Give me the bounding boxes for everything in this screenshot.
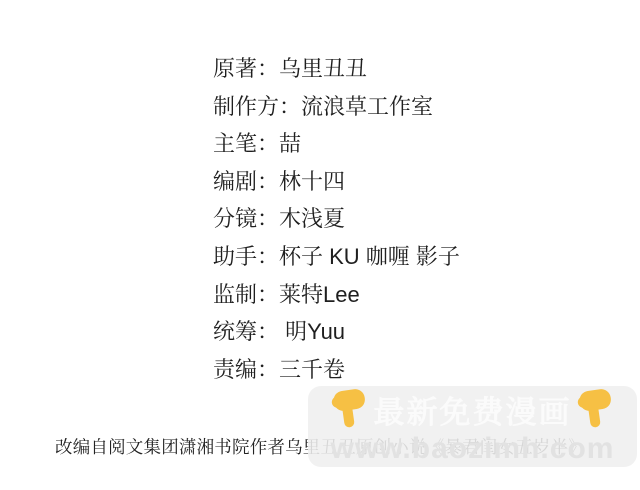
credit-line-original-author: 原著：乌里丑丑 [213, 50, 460, 88]
credit-line-assistants: 助手：杯子 KU 咖喱 影子 [213, 238, 460, 276]
comic-credits-page: 原著：乌里丑丑 制作方：流浪草工作室 主笔：喆 编剧：林十四 分镜：木浅夏 助手… [0, 0, 640, 490]
watermark-title: 最新免费漫画 [374, 387, 572, 432]
credits-block: 原著：乌里丑丑 制作方：流浪草工作室 主笔：喆 编剧：林十四 分镜：木浅夏 助手… [213, 50, 460, 388]
pointing-down-icon [577, 388, 615, 430]
credit-line-lead-artist: 主笔：喆 [213, 125, 460, 163]
pointing-down-icon [331, 388, 369, 430]
credit-line-screenwriter: 编剧：林十四 [213, 163, 460, 201]
credit-line-supervisor: 监制：莱特Lee [213, 276, 460, 314]
watermark-url: www.baozimh.com [331, 434, 615, 464]
watermark-title-row: 最新免费漫画 [331, 387, 615, 431]
credit-line-storyboard: 分镜：木浅夏 [213, 200, 460, 238]
watermark-box: 最新免费漫画 www.baozimh.com [308, 386, 637, 467]
credit-line-production-studio: 制作方：流浪草工作室 [213, 88, 460, 126]
credit-line-coordinator: 统筹： 明Yuu [213, 313, 460, 351]
credit-line-editor: 责编：三千卷 [213, 351, 460, 389]
